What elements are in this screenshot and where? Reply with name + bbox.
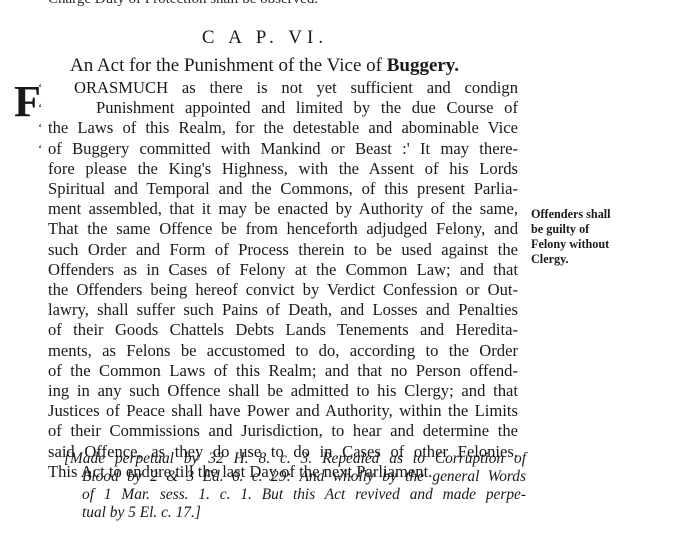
note-line: of 1 Mar. sess. 1. c. 1. But this Act re…	[64, 486, 526, 504]
body-line: That the same Offence be from henceforth…	[48, 219, 518, 239]
body-line: ‘ORASMUCH as there is not yet sufficient…	[48, 78, 518, 98]
margin-note-line: Offenders shall	[531, 207, 661, 222]
body-line: ments, as Felons be accustomed to do, ac…	[48, 341, 518, 361]
act-title-bold: Buggery.	[387, 55, 459, 76]
body-line: ment assembled, that it may be enacted b…	[48, 199, 518, 219]
chapter-heading: C A P. VI.	[0, 27, 530, 49]
body-line: ‘Punishment appointed and limited by the…	[48, 98, 518, 118]
note-line: tual by 5 El. c. 17.]	[64, 504, 526, 522]
body-line: lawry, shall suffer such Pains of Death,…	[48, 300, 518, 320]
act-body: ‘ORASMUCH as there is not yet sufficient…	[48, 78, 518, 482]
body-line: of their Goods Chattels Debts Lands Tene…	[48, 320, 518, 340]
quote-mark: ‘	[38, 98, 42, 118]
margin-note: Offenders shall be guilty of Felony with…	[531, 207, 661, 267]
body-line: ing in any such Offence shall be admitte…	[48, 381, 518, 401]
quote-mark: ‘	[38, 78, 42, 98]
body-line: Offenders as in Cases of Felony at the C…	[48, 260, 518, 280]
body-line: of their Commissions and Jurisdiction, t…	[48, 421, 518, 441]
body-line: ‘the Laws of this Realm, for the detesta…	[48, 118, 518, 138]
body-line: of the Common Laws of this Realm; and th…	[48, 361, 518, 381]
body-line: such Order and Form of Process therein t…	[48, 240, 518, 260]
margin-note-line: Clergy.	[531, 252, 661, 267]
body-line: Spiritual and Temporal and the Commons, …	[48, 179, 518, 199]
body-line: Justices of Peace shall have Power and A…	[48, 401, 518, 421]
body-line: the Offenders being hereof convict by Ve…	[48, 280, 518, 300]
body-line: ‘of Buggery committed with Mankind or Be…	[48, 139, 518, 159]
drop-cap: F	[14, 82, 41, 122]
note-line: Blood by 2 & 3 Ed. 6. c. 29: And wholly …	[64, 468, 526, 486]
note-line: [Made perpetual by 32 H. 8. c. 3. Repeal…	[64, 450, 526, 468]
quote-mark: ‘	[38, 139, 42, 159]
act-title-text: An Act for the Punishment of the Vice of	[70, 55, 387, 76]
margin-note-line: Felony without	[531, 237, 661, 252]
margin-note-line: be guilty of	[531, 222, 661, 237]
act-title: An Act for the Punishment of the Vice of…	[70, 55, 459, 77]
editorial-note: [Made perpetual by 32 H. 8. c. 3. Repeal…	[64, 450, 526, 522]
body-line: fore please the King's Highness, with th…	[48, 159, 518, 179]
quote-mark: ‘	[38, 118, 42, 138]
cutoff-previous-line: Charge Duty of Protection shall be obser…	[48, 0, 318, 8]
